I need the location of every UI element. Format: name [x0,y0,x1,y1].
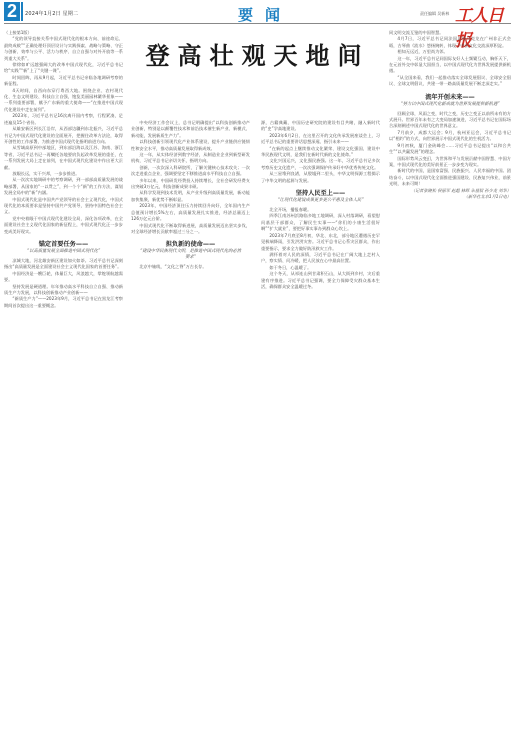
paragraph: 7月前夕，成都大运会；9月，杭州亚运会，习近平总书记以“相约”的方式，向世界展示… [389,130,511,143]
paragraph: 中国式现代化是中国共产党领导的社会主义现代化，中国式现代化的本质要求是坚持中国共… [4,197,123,216]
subhead-title: 担负新的使命—— [131,240,250,249]
subhead-quote: “让现代化建设成果更多更公平惠及全体人民” [261,198,380,204]
subhead-title: 锚定首要任务—— [4,240,123,249]
paragraph: 凉城大地，河北雄安新区建设如火如荼。习近平总书记深刻指出“高质量发展是全面建设社… [4,258,123,271]
paragraph: 从雄安新区到长江沿岸，从西部边疆到东北振兴，习近平总书记为中国式现代化建设的全面… [4,126,123,145]
page-number-badge: 2 [4,2,20,21]
paragraph: “党的领导直接关系中国式现代化的根本方向、前途命运、最终成败”“正确处理好顶层设… [4,36,123,62]
paragraph: 2023年6月2日，在这里召开的文化传承发展座谈会上，习近平总书记的重要讲话思想… [261,133,380,146]
subhead-title: 流年开创未来—— [389,93,511,102]
paragraph: 以科技创新引领现代化产业体系建设，提升产业链供应链韧性和安全水平，推动高质量发展… [131,139,250,152]
paragraph: 党中央着眼于中国式现代化建设全局，深化各项改革，在全面建设社会主义现代化国家的新… [4,216,123,235]
paragraph: 四季江南苏州浜路临多地工地调研，深入村落调研，看望慰问基层干部群众，了解民生实事… [261,213,380,232]
subhead-quote: “以高质量发展全面推进中国式现代化” [4,249,123,255]
section-title: 要闻 [238,4,292,25]
paragraph: 坚持发展是硬道理。年年推动高水平科技自立自强、推动新质生产力发展，以科技创新推动… [4,284,123,297]
article-headline: 登高壮观天地间 [130,36,385,71]
section-subhead: 担负新的使命—— “建设中华民族现代文明，是推进中国式现代化的必然要求” [131,240,250,261]
paragraph: 从一次次实地调研中的考察调研，到一部部高质量发展的战略部署，从国家的“一以贯之”… [4,177,123,196]
paragraph: 徐徐如旷远越强阔大的改革中国式现代化，习近平总书记给“实践”“新”上了“关键一课… [4,62,123,75]
paragraph: 4月7日，习近平总书记同法国总统马克龙在广州非正式会晤，古琴曲《流水》悠扬婉转，… [389,36,511,49]
subhead-quote: “努力以中国式现代化新成就为世界发展提供新机遇” [389,102,511,108]
article-column-2: 中央经济工作会议上，总书记明确提出“以科技创新推动产业创新，特别是以颠覆性技术和… [131,120,250,744]
paragraph: 多年以来，中国研发经费投入持续增长，全社会研发经费支出突破3万亿元，科技创新成果… [131,178,250,191]
page-number-bar [21,2,23,21]
dateline: （新华社北京1月1日电） [389,194,511,200]
editor-credits: 责任编辑 吴新林 [420,11,449,17]
section-subhead: 坚持人民至上—— “让现代化建设成果更多更公平惠及全体人民” [261,189,380,204]
paragraph: “在新的起点上继续推动文化繁荣、建设文化强国、建设中华民族现代文明，是我们在新时… [261,146,380,159]
paragraph: 从雪域高原到中部地区，到东部沿海以及江苏、海南、浙江等省，习近平总书记一再嘱托各… [4,145,123,171]
paragraph: 从科学发现到技术发明，从产业升级到高质量发展，新动能加快集聚，新优势不断彰显。 [131,190,250,203]
paragraph: 2023年7月底至8月初，华北、东北，部分地区遭遇历史罕见极端降雨，引发洪涝灾害… [261,233,380,252]
paragraph: 这个冬天，从祁连山到甘肃积石山，从大街到乡村，灾后重建有序推进。习近平总书记强调… [261,271,380,290]
section-subhead: 流年开创未来—— “努力以中国式现代化新成就为世界发展提供新机遇” [389,93,511,108]
paragraph: 源，古籍典藏、中国历史研究院的建设有目共睹，融入新时代的“史”学高地建设。 [261,120,380,133]
paragraph: 时间回眸，再从9月起，习近平总书记亲临各地调研考察的新征程。 [4,75,123,88]
paragraph: 满怀着对人民的深情，习近平总书记在广阔大地上走村入户，察实情、问冷暖，把人民放在… [261,252,380,265]
paragraph: 从三星堆到良渚，从殷墟到二里头，中华文明探源工程揭示了中华文明的起源与发展。 [261,171,380,184]
subhead-quote: “建设中华民族现代文明，是推进中国式现代化的必然要求” [131,249,250,261]
paragraph: “从全国来看，我们一起推动落实全球发展倡议、全球安全倡议、全球文明倡议，共建一带… [389,75,511,88]
article-column-4: 同文明交流互鉴的中国智慧。 4月7日，习近平总书记同法国总统马克龙在广州非正式会… [389,30,511,744]
paragraph: 中国经济是一艘巨轮，体量巨大，风浪越大，掌舵领航越需要。 [4,271,123,284]
paragraph: 2023年，习近平总书记16次离开国内考察，行程紧凑，足迹遍及15个省份。 [4,113,123,126]
paragraph: 这一年，习近平总书记同国际友好人士频繁互动，胸怀天下，在元首外交中彰显大国担当，… [389,56,511,75]
masthead-divider [4,23,511,24]
paragraph: 这一年，从实体经济到数字经济，从制造业企业到新型研发机构，习近平总书记亲切关怀，… [131,152,250,165]
issue-date: 2024年1月2日 星期二 [25,10,78,17]
paragraph: 创新，一次次深入科研院所，了解关键核心技术攻关；一次次走进重点企业，强调要坚定不… [131,165,250,178]
paragraph: 回顾全球，风雨之变，时代之变，历史之变正以前所未有的方式展开。世界百年未有之大变… [389,111,511,130]
subhead-title: 坚持人民至上—— [261,189,380,198]
paragraph: 2023年，中国经济顶住压力持续回升向好，全年国内生产总值预计增长5%左右，高质… [131,203,250,222]
paragraph: 北京中轴线，“文化之脊”万古长存。 [131,264,250,270]
article-column-3: 源，古籍典藏、中国历史研究院的建设有目共睹，融入新时代的“史”学高地建设。 20… [261,120,380,744]
paragraph: 中国式现代化不断取得新进展，高质量发展迈出坚实步伐，对全球经济增长贡献率超过三分… [131,223,250,236]
page-masthead: 2 2024年1月2日 星期二 要闻 责任编辑 吴新林 工人日报 [0,0,515,24]
paragraph: “新质生产力”——2023年9月，习近平总书记在黑龙江考察期间首次提出这一重要概… [4,296,123,309]
paragraph: 9月初秋，厦门金砖峰会……习近平总书记提出“以和合共生”“以共赢发展”的理念。 [389,143,511,156]
paragraph: 中央经济工作会议上，总书记明确提出“以科技创新推动产业创新，特别是以颠覆性技术和… [131,120,250,139]
paragraph: 新时代的中国，是国家富强、民族振兴、人民幸福的中国。团结奋斗，以中国式现代化全面… [389,168,511,187]
paragraph: 4天时间，自西向东穿行粤西大地。围绕企业、农村现代化、生态文明建设、科技自立自强… [4,88,123,114]
article-column-1: （上接第1版） “党的领导直接关系中国式现代化的根本方向、前途命运、最终成败”“… [4,30,123,744]
paragraph: 国际形势风云变幻，为世界和平与发展贡献中国智慧、中国方案，中国式现代化的美好前景… [389,156,511,169]
section-subhead: 锚定首要任务—— “以高质量发展全面推进中国式现代化” [4,240,123,255]
paragraph: 文化兴国运兴，文化强民族强。这一年，习近平总书记多次考察历史文化遗产，一次次强调… [261,158,380,171]
